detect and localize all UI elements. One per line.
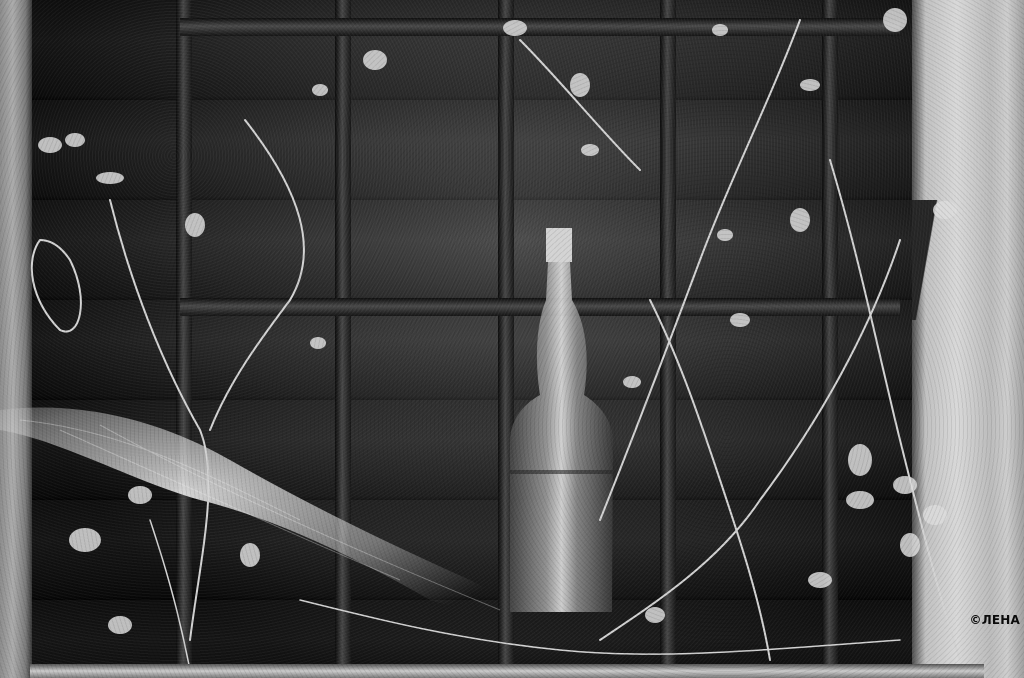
scene-overlay xyxy=(0,0,1024,678)
bottle xyxy=(510,228,613,612)
bottom-sill xyxy=(30,664,984,678)
bottle-stopper xyxy=(546,228,572,262)
dried-leaves xyxy=(38,8,957,634)
cobweb xyxy=(0,407,530,630)
watermark: ©ЛЕНА xyxy=(970,613,1021,627)
photograph: ©ЛЕНА xyxy=(0,0,1024,678)
